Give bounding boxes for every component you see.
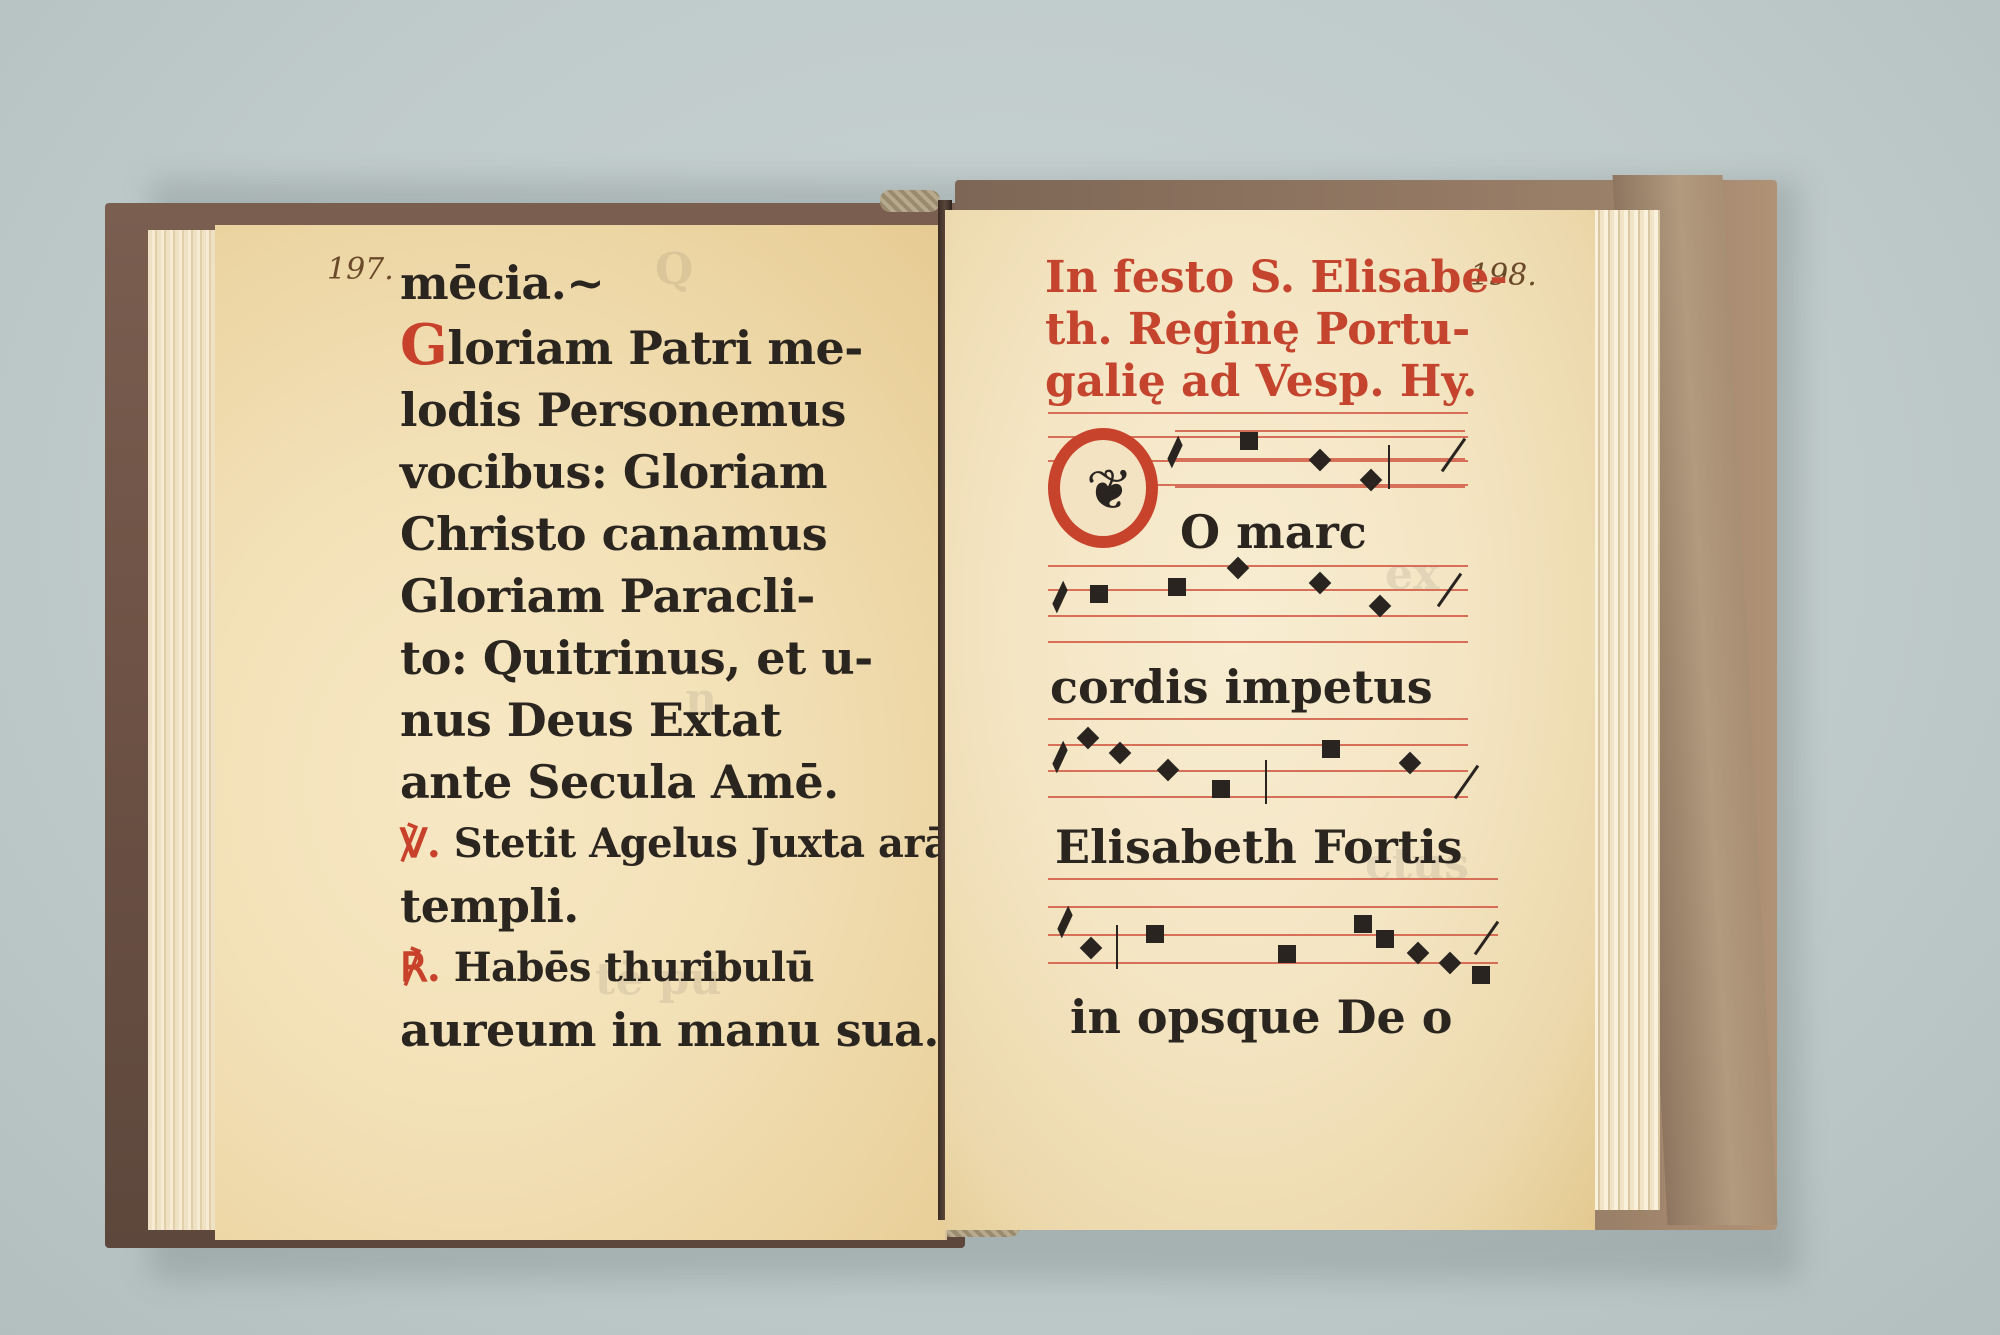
- square-neume-icon: [1146, 925, 1164, 943]
- left-page-text: mēcia.~ Gloriam Patri me- lodis Personem…: [400, 252, 949, 1061]
- chant-lyric: O marc: [1180, 505, 1367, 559]
- square-neume-icon: [1472, 966, 1490, 984]
- square-neume-icon: [1322, 740, 1340, 758]
- decorated-initial-O: ❦: [1048, 428, 1158, 548]
- text-line: to: Quitrinus, et u-: [400, 627, 949, 689]
- text-line: ℟. Habēs thuribulū: [400, 937, 949, 999]
- rubric-line: In festo S. Elisabe-: [1045, 252, 1508, 304]
- square-neume-icon: [1212, 780, 1230, 798]
- folio-number: 197.: [327, 252, 394, 287]
- flower-ornament-icon: ❦: [1086, 456, 1130, 526]
- chant-lyric: Elisabeth Fortis: [1055, 820, 1463, 874]
- square-neume-icon: [1278, 945, 1296, 963]
- bar-line: [1265, 760, 1267, 804]
- square-neume-icon: [1354, 915, 1372, 933]
- text-line: Gloriam Paracli-: [400, 565, 949, 627]
- square-neume-icon: [1240, 432, 1258, 450]
- versicle-symbol: ℣.: [400, 820, 440, 867]
- chant-lyric: cordis impetus: [1050, 660, 1433, 714]
- text-line: mēcia.~: [400, 252, 949, 314]
- rubric-line: galię ad Vesp. Hy.: [1045, 356, 1508, 408]
- rubric-line: th. Reginę Portu-: [1045, 304, 1508, 356]
- rubricated-initial: G: [400, 312, 447, 378]
- music-staff: [1048, 565, 1468, 637]
- text-line: Christo canamus: [400, 503, 949, 565]
- bar-line: [1388, 445, 1390, 489]
- text-line: ℣. Stetit Agelus Juxta arā: [400, 813, 949, 875]
- square-neume-icon: [1168, 578, 1186, 596]
- text-line: templi.: [400, 875, 949, 937]
- text-line: Gloriam Patri me-: [400, 314, 949, 379]
- response-symbol: ℟.: [400, 944, 440, 991]
- chant-lyric: in opsque De o: [1070, 990, 1452, 1044]
- text-line: vocibus: Gloriam: [400, 441, 949, 503]
- rubric-heading: In festo S. Elisabe- th. Reginę Portu- g…: [1045, 252, 1508, 408]
- text-line: ante Secula Amē.: [400, 751, 949, 813]
- square-neume-icon: [1376, 930, 1394, 948]
- bar-line: [1116, 925, 1118, 969]
- text-line: aureum in manu sua.: [400, 999, 949, 1061]
- square-neume-icon: [1090, 585, 1108, 603]
- text-line: nus Deus Extat: [400, 689, 949, 751]
- text-line: lodis Personemus: [400, 379, 949, 441]
- binding-cord-top: [880, 190, 940, 212]
